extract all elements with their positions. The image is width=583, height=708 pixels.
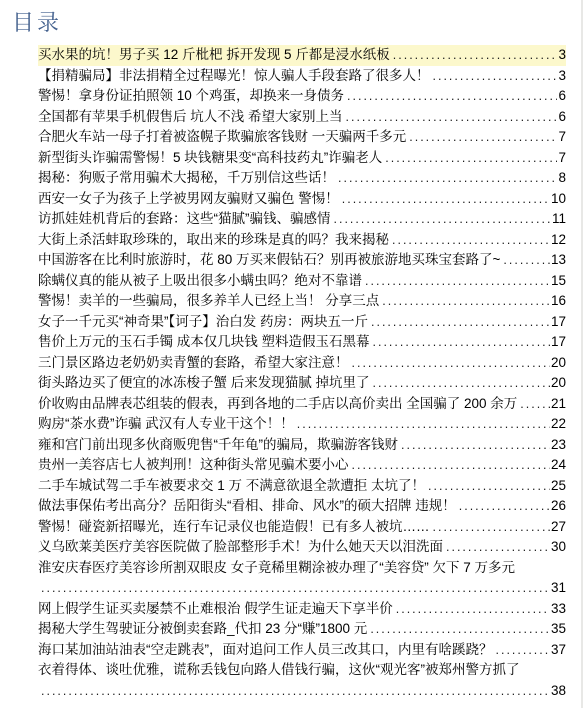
dot-leader: ........................................… — [433, 517, 550, 538]
toc-entry-title: 警惕！拿身份证拍照领 10 个鸡蛋，却换来一身债务 — [38, 86, 344, 107]
toc-heading: 目录 — [12, 10, 566, 36]
toc-entry-title: 警惕！碰瓷新招曝光，连行车记录仪也能造假！已有多人被坑…… — [38, 517, 430, 538]
toc-list: 买水果的坑！男子买 12 斤枇杷 拆开发现 5 斤都是浸水纸板 ........… — [38, 45, 566, 701]
toc-page-number: 10 — [551, 189, 566, 210]
toc-entry-title: 义乌欧莱美医疗美容医院做了脸部整形手术！为什么她天天以泪洗面 — [38, 537, 443, 558]
toc-entry-title: 海口某加油站油表“空走跳表”，面对追问工作人员三改其口，内里有啥蹊跷？ — [38, 640, 493, 661]
dot-leader: ........................................… — [41, 578, 550, 599]
toc-entry-title: 西安一女子为孩子上学被男网友骗财又骗色 警惕！ — [38, 189, 339, 210]
toc-page-number: 16 — [551, 291, 566, 312]
toc-page-number: 23 — [551, 435, 566, 456]
toc-page-number: 7 — [558, 127, 566, 148]
dot-leader: ........................................… — [446, 537, 550, 558]
toc-entry-title: 购房“茶水费”诈骗 武汉有人专业干这个！！ — [38, 414, 294, 435]
toc-entry[interactable]: 售价上万元的玉石手镯 成本仅几块钱 塑料造假玉石黑幕 .............… — [38, 332, 566, 353]
toc-entry-title: 价收购由品牌表芯组装的假表，再到各地的二手店以高价卖出 全国骗了 200 余万 — [38, 394, 517, 415]
toc-entry[interactable]: 全国都有苹果手机假售后 坑人不浅 希望大家别上当 ...............… — [38, 107, 566, 128]
toc-entry[interactable]: 二手车城试驾二手车被要求交 1 万 不满意欲退全款遭拒 太坑了！ .......… — [38, 476, 566, 497]
toc-entry[interactable]: 访抓娃娃机背后的套路：这些“猫腻”骗钱、骗感情 ................… — [38, 209, 566, 230]
dot-leader: ........................................… — [409, 127, 557, 148]
toc-entry[interactable]: 买水果的坑！男子买 12 斤枇杷 拆开发现 5 斤都是浸水纸板 ........… — [38, 45, 566, 66]
toc-entry[interactable]: 海口某加油站油表“空走跳表”，面对追问工作人员三改其口，内里有啥蹊跷？ ....… — [38, 640, 566, 661]
toc-page-number: 25 — [551, 476, 566, 497]
toc-entry-title: 淮安庆春医疗美容诊所割双眼皮 女子竟稀里糊涂被办理了“美容贷” 欠下 7 万多元 — [38, 560, 515, 575]
toc-entry-title: 贵州一美容店七人被判刑！这种街头常见骗术要小心 — [38, 455, 349, 476]
dot-leader: ........................................… — [382, 291, 550, 312]
toc-entry-title: 街头路边买了便宜的冰冻梭子蟹 后来发现猫腻 掉坑里了 — [38, 373, 370, 394]
toc-entry[interactable]: 警惕！卖羊的一些骗局，很多养羊人已经上当！ 分享三点 .............… — [38, 291, 566, 312]
toc-page-number: 35 — [551, 619, 566, 640]
dot-leader: ........................................… — [373, 373, 550, 394]
dot-leader: ........................................… — [503, 250, 550, 271]
toc-entry-title: 中国游客在比利时旅游时，花 80 万买来假钻石？别再被旅游地买珠宝套路了~ — [38, 250, 500, 271]
dot-leader: ........................................… — [338, 168, 557, 189]
dot-leader: ........................................… — [334, 209, 551, 230]
toc-entry[interactable]: 除螨仪真的能从被子上吸出很多小螨虫吗？绝对不靠谱 ...............… — [38, 271, 566, 292]
dot-leader: ........................................… — [371, 312, 550, 333]
dot-leader: ........................................… — [346, 107, 558, 128]
toc-entry[interactable]: 合肥火车站一母子打着被盗幌子欺骗旅客钱财 一天骗两千多元 ...........… — [38, 127, 566, 148]
toc-page-number: 22 — [551, 414, 566, 435]
dot-leader: ........................................… — [433, 66, 558, 87]
toc-page-number: 17 — [551, 332, 566, 353]
toc-page: 目录 买水果的坑！男子买 12 斤枇杷 拆开发现 5 斤都是浸水纸板 .....… — [0, 0, 581, 701]
toc-page-number: 20 — [551, 353, 566, 374]
toc-entry[interactable]: 街头路边买了便宜的冰冻梭子蟹 后来发现猫腻 掉坑里了 .............… — [38, 373, 566, 394]
toc-entry-title: 合肥火车站一母子打着被盗幌子欺骗旅客钱财 一天骗两千多元 — [38, 127, 406, 148]
dot-leader: ........................................… — [385, 148, 557, 169]
toc-entry[interactable]: 做法事保佑考出高分？岳阳街头“看相、排命、风水”的硕大招牌 违规！ ......… — [38, 496, 566, 517]
toc-entry[interactable]: 揭秘：狗贩子常用骗术大揭秘，千万别信这些话！ .................… — [38, 168, 566, 189]
toc-entry[interactable]: 三门景区路边老奶奶卖青蟹的套路，希望大家注意！ ................… — [38, 353, 566, 374]
toc-entry-title: 买水果的坑！男子买 12 斤枇杷 拆开发现 5 斤都是浸水纸板 — [38, 45, 390, 66]
toc-page-number: 30 — [551, 537, 566, 558]
toc-entry[interactable]: 警惕！碰瓷新招曝光，连行车记录仪也能造假！已有多人被坑…… ..........… — [38, 517, 566, 538]
dot-leader: ........................................… — [342, 189, 550, 210]
dot-leader: ........................................… — [352, 455, 550, 476]
toc-entry-title: 售价上万元的玉石手镯 成本仅几块钱 塑料造假玉石黑幕 — [38, 332, 370, 353]
toc-page-number: 12 — [551, 230, 566, 251]
toc-entry-title: 除螨仪真的能从被子上吸出很多小螨虫吗？绝对不靠谱 — [38, 271, 362, 292]
toc-entry-title: 大街上杀活蚌取珍珠的，取出来的珍珠是真的吗？我来揭秘 — [38, 230, 389, 251]
toc-page-number: 21 — [551, 394, 566, 415]
toc-entry-title: 女子一千元买“神奇果”【诃子】治白发 药房：两块五一斤 — [38, 312, 368, 333]
toc-page-number: 15 — [551, 271, 566, 292]
dot-leader: ........................................… — [347, 86, 557, 107]
toc-page-number: 33 — [551, 599, 566, 620]
toc-entry-title: 网上假学生证买卖屡禁不止难根治 假学生证走遍天下享半价 — [38, 599, 393, 620]
toc-entry[interactable]: 警惕！拿身份证拍照领 10 个鸡蛋，却换来一身债务 ..............… — [38, 86, 566, 107]
toc-entry[interactable]: 揭秘大学生驾驶证分被倒卖套路_代扣 23 分“赚”1800 元 ........… — [38, 619, 566, 640]
toc-page-number: 37 — [551, 640, 566, 661]
toc-entry[interactable]: 淮安庆春医疗美容诊所割双眼皮 女子竟稀里糊涂被办理了“美容贷” 欠下 7 万多元… — [38, 558, 566, 599]
dot-leader: ........................................… — [373, 332, 550, 353]
toc-page-number: 31 — [551, 578, 566, 599]
toc-entry[interactable]: 女子一千元买“神奇果”【诃子】治白发 药房：两块五一斤 ............… — [38, 312, 566, 333]
dot-leader: ........................................… — [459, 496, 550, 517]
toc-entry[interactable]: 新型街头诈骗需警惕！5 块钱糖果变“高科技药丸”诈骗老人 ...........… — [38, 148, 566, 169]
dot-leader: ........................................… — [520, 394, 550, 415]
dot-leader: ........................................… — [370, 619, 550, 640]
toc-entry-title: 做法事保佑考出高分？岳阳街头“看相、排命、风水”的硕大招牌 违规！ — [38, 496, 456, 517]
toc-page-number: 6 — [558, 107, 566, 128]
toc-entry-title: 揭秘大学生驾驶证分被倒卖套路_代扣 23 分“赚”1800 元 — [38, 619, 367, 640]
toc-entry[interactable]: 雍和宫门前出现多伙商贩兜售“千年龟”的骗局，欺骗游客钱财 ...........… — [38, 435, 566, 456]
toc-entry-title: 新型街头诈骗需警惕！5 块钱糖果变“高科技药丸”诈骗老人 — [38, 148, 382, 169]
dot-leader: ........................................… — [393, 45, 558, 66]
toc-page-number: 17 — [551, 312, 566, 333]
dot-leader: ........................................… — [352, 353, 550, 374]
toc-entry[interactable]: 西安一女子为孩子上学被男网友骗财又骗色 警惕！ ................… — [38, 189, 566, 210]
toc-page-number: 24 — [551, 455, 566, 476]
toc-entry[interactable]: 衣着得体、谈吐优雅，谎称丢钱包向路人借钱行骗，这伙“观光客”被郑州警方抓了 ..… — [38, 660, 566, 701]
toc-entry[interactable]: 【捐精骗局】非法捐精全过程曝光！惊人骗人手段套路了很多人！ ..........… — [38, 66, 566, 87]
dot-leader: ........................................… — [41, 681, 550, 702]
toc-entry[interactable]: 义乌欧莱美医疗美容医院做了脸部整形手术！为什么她天天以泪洗面 .........… — [38, 537, 566, 558]
toc-entry-title: 衣着得体、谈吐优雅，谎称丢钱包向路人借钱行骗，这伙“观光客”被郑州警方抓了 — [38, 662, 520, 677]
dot-leader: ........................................… — [396, 599, 550, 620]
toc-page-number: 3 — [558, 45, 566, 66]
toc-entry[interactable]: 贵州一美容店七人被判刑！这种街头常见骗术要小心 ................… — [38, 455, 566, 476]
toc-page-number: 38 — [551, 681, 566, 702]
toc-page-number: 13 — [551, 250, 566, 271]
dot-leader: ........................................… — [297, 414, 550, 435]
toc-page-number: 27 — [551, 517, 566, 538]
toc-entry-title: 【捐精骗局】非法捐精全过程曝光！惊人骗人手段套路了很多人！ — [38, 66, 430, 87]
toc-entry-title: 二手车城试驾二手车被要求交 1 万 不满意欲退全款遭拒 太坑了！ — [38, 476, 425, 497]
toc-entry-title: 揭秘：狗贩子常用骗术大揭秘，千万别信这些话！ — [38, 168, 335, 189]
toc-entry-title: 访抓娃娃机背后的套路：这些“猫腻”骗钱、骗感情 — [38, 209, 331, 230]
toc-entry-title: 雍和宫门前出现多伙商贩兜售“千年龟”的骗局，欺骗游客钱财 — [38, 435, 398, 456]
toc-entry-title: 警惕！卖羊的一些骗局，很多养羊人已经上当！ 分享三点 — [38, 291, 379, 312]
toc-entry[interactable]: 网上假学生证买卖屡禁不止难根治 假学生证走遍天下享半价 ............… — [38, 599, 566, 620]
toc-entry-title: 全国都有苹果手机假售后 坑人不浅 希望大家别上当 — [38, 107, 343, 128]
toc-entry[interactable]: 大街上杀活蚌取珍珠的，取出来的珍珠是真的吗？我来揭秘 .............… — [38, 230, 566, 251]
document-page: { "toc": { "title": "目录", "entries": [ {… — [0, 0, 583, 708]
toc-entry[interactable]: 购房“茶水费”诈骗 武汉有人专业干这个！！ ..................… — [38, 414, 566, 435]
toc-page-number: 11 — [552, 209, 566, 230]
toc-page-number: 6 — [558, 86, 566, 107]
dot-leader: ........................................… — [428, 476, 550, 497]
dot-leader: ........................................… — [496, 640, 550, 661]
toc-page-number: 26 — [551, 496, 566, 517]
dot-leader: ........................................… — [365, 271, 550, 292]
toc-entry[interactable]: 中国游客在比利时旅游时，花 80 万买来假钻石？别再被旅游地买珠宝套路了~ ..… — [38, 250, 566, 271]
toc-entry[interactable]: 价收购由品牌表芯组装的假表，再到各地的二手店以高价卖出 全国骗了 200 余万 … — [38, 394, 566, 415]
toc-page-number: 7 — [558, 148, 566, 169]
dot-leader: ........................................… — [401, 435, 550, 456]
dot-leader: ........................................… — [392, 230, 550, 251]
toc-page-number: 20 — [551, 373, 566, 394]
toc-page-number: 3 — [558, 66, 566, 87]
toc-entry-title: 三门景区路边老奶奶卖青蟹的套路，希望大家注意！ — [38, 353, 349, 374]
toc-page-number: 8 — [558, 168, 566, 189]
